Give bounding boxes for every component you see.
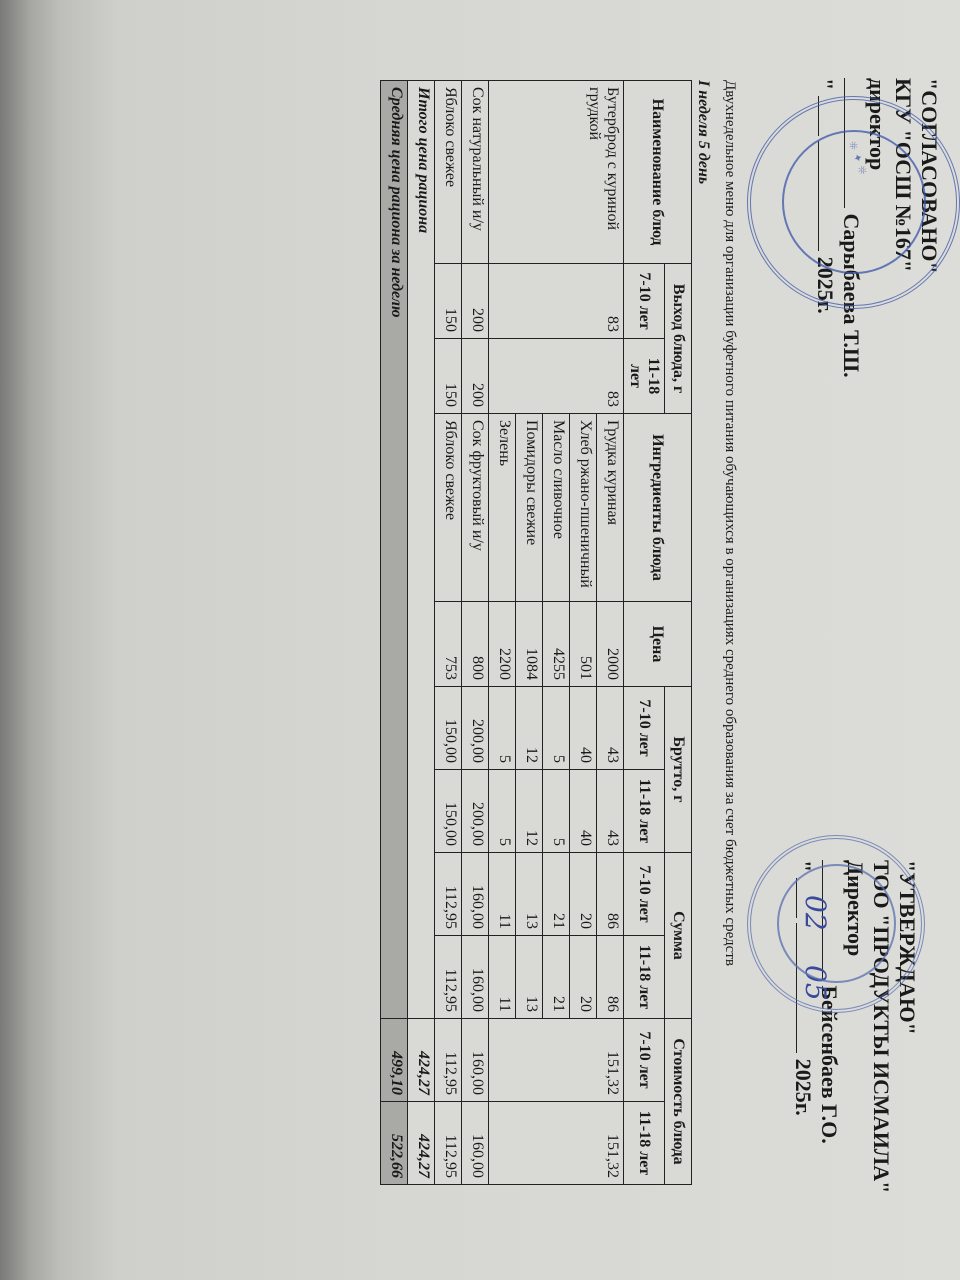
ingredient-brutto-age-11-18: 43	[597, 770, 624, 853]
page-shadow	[0, 0, 60, 1280]
approved-year: 2025г.	[791, 1059, 816, 1116]
dish-cost-age-11-18: 151,32	[489, 1102, 624, 1185]
ingredient-name: Хлеб ржано-пшеничный	[570, 414, 597, 602]
ingredient-sum-age-7-10: 20	[570, 853, 597, 936]
ingredient-sum-age-11-18: 13	[516, 936, 543, 1019]
dish-name: Сок натуральный и/у	[462, 81, 489, 264]
header-output-age-11-18: 11-18 лет	[624, 339, 665, 414]
ingredient-brutto-age-11-18: 200,00	[462, 770, 489, 853]
ingredient-sum-age-7-10: 86	[597, 853, 624, 936]
ingredient-sum-age-11-18: 11	[489, 936, 516, 1019]
ingredient-name: Помидоры свежие	[516, 414, 543, 602]
ingredient-brutto-age-7-10: 150,00	[435, 687, 462, 770]
dish-output-age-7-10: 83	[489, 264, 624, 339]
ingredient-name: Зелень	[489, 414, 516, 602]
date-day-blank	[796, 878, 797, 918]
agreed-position: директор	[864, 78, 890, 378]
dish-cost-age-7-10: 160,00	[462, 1019, 489, 1102]
agreed-organization: КГУ "ОСШ №167"	[890, 78, 916, 378]
ingredient-price: 2000	[597, 602, 624, 687]
ingredient-brutto-age-11-18: 5	[543, 770, 570, 853]
header-brutto-age-7-10: 7-10 лет	[624, 687, 665, 770]
ingredient-price: 1084	[516, 602, 543, 687]
approval-block-agreed: "СОГЛАСОВАНО" КГУ "ОСШ №167" директор Са…	[812, 78, 942, 378]
menu-table-body: Бутерброд с куриной грудкой8383Грудка ку…	[435, 81, 624, 1185]
total-row: Итого цена рациона 424,27 424,27	[408, 81, 435, 1185]
dish-output-age-11-18: 83	[489, 339, 624, 414]
approved-organization: ТОО "ПРОДУКТЫ ИСМАИЛА"	[868, 860, 894, 1193]
ingredient-name: Грудка куриная	[597, 414, 624, 602]
ingredient-sum-age-11-18: 20	[570, 936, 597, 1019]
dish-output-age-7-10: 150	[435, 264, 462, 339]
menu-table: Наименование блюд Выход блюда, г Ингреди…	[380, 80, 692, 1185]
rotated-document-page: "СОГЛАСОВАНО" КГУ "ОСШ №167" директор Са…	[0, 0, 960, 1280]
agreed-year: 2025г.	[813, 257, 838, 314]
dish-name: Бутерброд с куриной грудкой	[489, 81, 624, 264]
handwritten-month: 05	[799, 965, 832, 1001]
ingredient-name: Масло сливочное	[543, 414, 570, 602]
ingredient-sum-age-11-18: 160,00	[462, 936, 489, 1019]
ingredient-price: 753	[435, 602, 462, 687]
ingredient-sum-age-11-18: 86	[597, 936, 624, 1019]
handwritten-day: 02	[799, 895, 832, 931]
ingredient-price: 501	[570, 602, 597, 687]
header-sum-age-7-10: 7-10 лет	[624, 853, 665, 936]
table-row: Бутерброд с куриной грудкой8383Грудка ку…	[597, 81, 624, 1185]
agreed-date-line: " 2025г.	[812, 78, 838, 378]
ingredient-brutto-age-11-18: 12	[516, 770, 543, 853]
date-quote: "	[791, 860, 816, 872]
header-brutto: Брутто, г	[665, 687, 692, 853]
paper-sheet: "СОГЛАСОВАНО" КГУ "ОСШ №167" директор Са…	[0, 0, 960, 1280]
header-output-age-7-10: 7-10 лет	[624, 264, 665, 339]
ingredient-brutto-age-7-10: 43	[597, 687, 624, 770]
date-day-blank	[818, 96, 819, 136]
ingredient-brutto-age-7-10: 5	[489, 687, 516, 770]
header-sum-age-11-18: 11-18 лет	[624, 936, 665, 1019]
header-row-main: Наименование блюд Выход блюда, г Ингреди…	[665, 81, 692, 1185]
dish-cost-age-11-18: 160,00	[462, 1102, 489, 1185]
ingredient-brutto-age-11-18: 5	[489, 770, 516, 853]
header-price: Цена	[624, 602, 692, 687]
header-cost-age-7-10: 7-10 лет	[624, 1019, 665, 1102]
average-label: Средняя цена рациона за неделю	[381, 81, 408, 1019]
agreed-signatory: Сарыбаева Т.Ш.	[839, 214, 864, 378]
ingredient-sum-age-7-10: 13	[516, 853, 543, 936]
signature-blank	[844, 78, 845, 208]
dish-cost-age-7-10: 112,95	[435, 1019, 462, 1102]
average-age-7-10: 499,10	[381, 1019, 408, 1102]
header-ingredients: Ингредиенты блюда	[624, 414, 692, 602]
agreed-signature-line: Сарыбаева Т.Ш.	[838, 78, 864, 378]
total-label: Итого цена рациона	[408, 81, 435, 1019]
header-cost-age-11-18: 11-18 лет	[624, 1102, 665, 1185]
ingredient-brutto-age-7-10: 5	[543, 687, 570, 770]
average-row: Средняя цена рациона за неделю 499,10 52…	[381, 81, 408, 1185]
table-row: Яблоко свежее150150Яблоко свежее753150,0…	[435, 81, 462, 1185]
total-age-11-18: 424,27	[408, 1102, 435, 1185]
ingredient-brutto-age-11-18: 40	[570, 770, 597, 853]
ingredient-sum-age-7-10: 21	[543, 853, 570, 936]
ingredient-price: 800	[462, 602, 489, 687]
ingredient-brutto-age-11-18: 150,00	[435, 770, 462, 853]
dish-cost-age-7-10: 151,32	[489, 1019, 624, 1102]
week-day-label: I неделя 5 день	[694, 80, 712, 184]
approved-signatory: Бейсенбаев Г.О.	[817, 986, 842, 1144]
header-dish-name: Наименование блюд	[624, 81, 692, 264]
date-month-blank	[796, 923, 797, 1053]
dish-output-age-11-18: 150	[435, 339, 462, 414]
dish-output-age-11-18: 200	[462, 339, 489, 414]
ingredient-price: 2200	[489, 602, 516, 687]
date-month-blank	[818, 141, 819, 251]
header-cost: Стоимость блюда	[665, 1019, 692, 1185]
ingredient-sum-age-7-10: 160,00	[462, 853, 489, 936]
total-age-7-10: 424,27	[408, 1019, 435, 1102]
dish-output-age-7-10: 200	[462, 264, 489, 339]
header-output: Выход блюда, г	[665, 264, 692, 414]
approved-heading: "УТВЕРЖДАЮ"	[894, 860, 920, 1193]
approved-position: Директор	[842, 860, 868, 1193]
ingredient-name: Яблоко свежее	[435, 414, 462, 602]
agreed-heading: "СОГЛАСОВАНО"	[916, 78, 942, 378]
dish-cost-age-11-18: 112,95	[435, 1102, 462, 1185]
ingredient-sum-age-11-18: 21	[543, 936, 570, 1019]
date-quote: "	[813, 78, 838, 90]
ingredient-sum-age-7-10: 112,95	[435, 853, 462, 936]
ingredient-brutto-age-7-10: 40	[570, 687, 597, 770]
ingredient-sum-age-11-18: 112,95	[435, 936, 462, 1019]
header-brutto-age-11-18: 11-18 лет	[624, 770, 665, 853]
ingredient-price: 4255	[543, 602, 570, 687]
header-sum: Сумма	[665, 853, 692, 1019]
table-row: Сок натуральный и/у200200Сок фруктовый и…	[462, 81, 489, 1185]
ingredient-name: Сок фруктовый и/у	[462, 414, 489, 602]
ingredient-brutto-age-7-10: 200,00	[462, 687, 489, 770]
ingredient-sum-age-7-10: 11	[489, 853, 516, 936]
ingredient-brutto-age-7-10: 12	[516, 687, 543, 770]
dish-name: Яблоко свежее	[435, 81, 462, 264]
document-subtitle: Двухнедельное меню для организации буфет…	[721, 80, 738, 966]
average-age-11-18: 522,66	[381, 1102, 408, 1185]
